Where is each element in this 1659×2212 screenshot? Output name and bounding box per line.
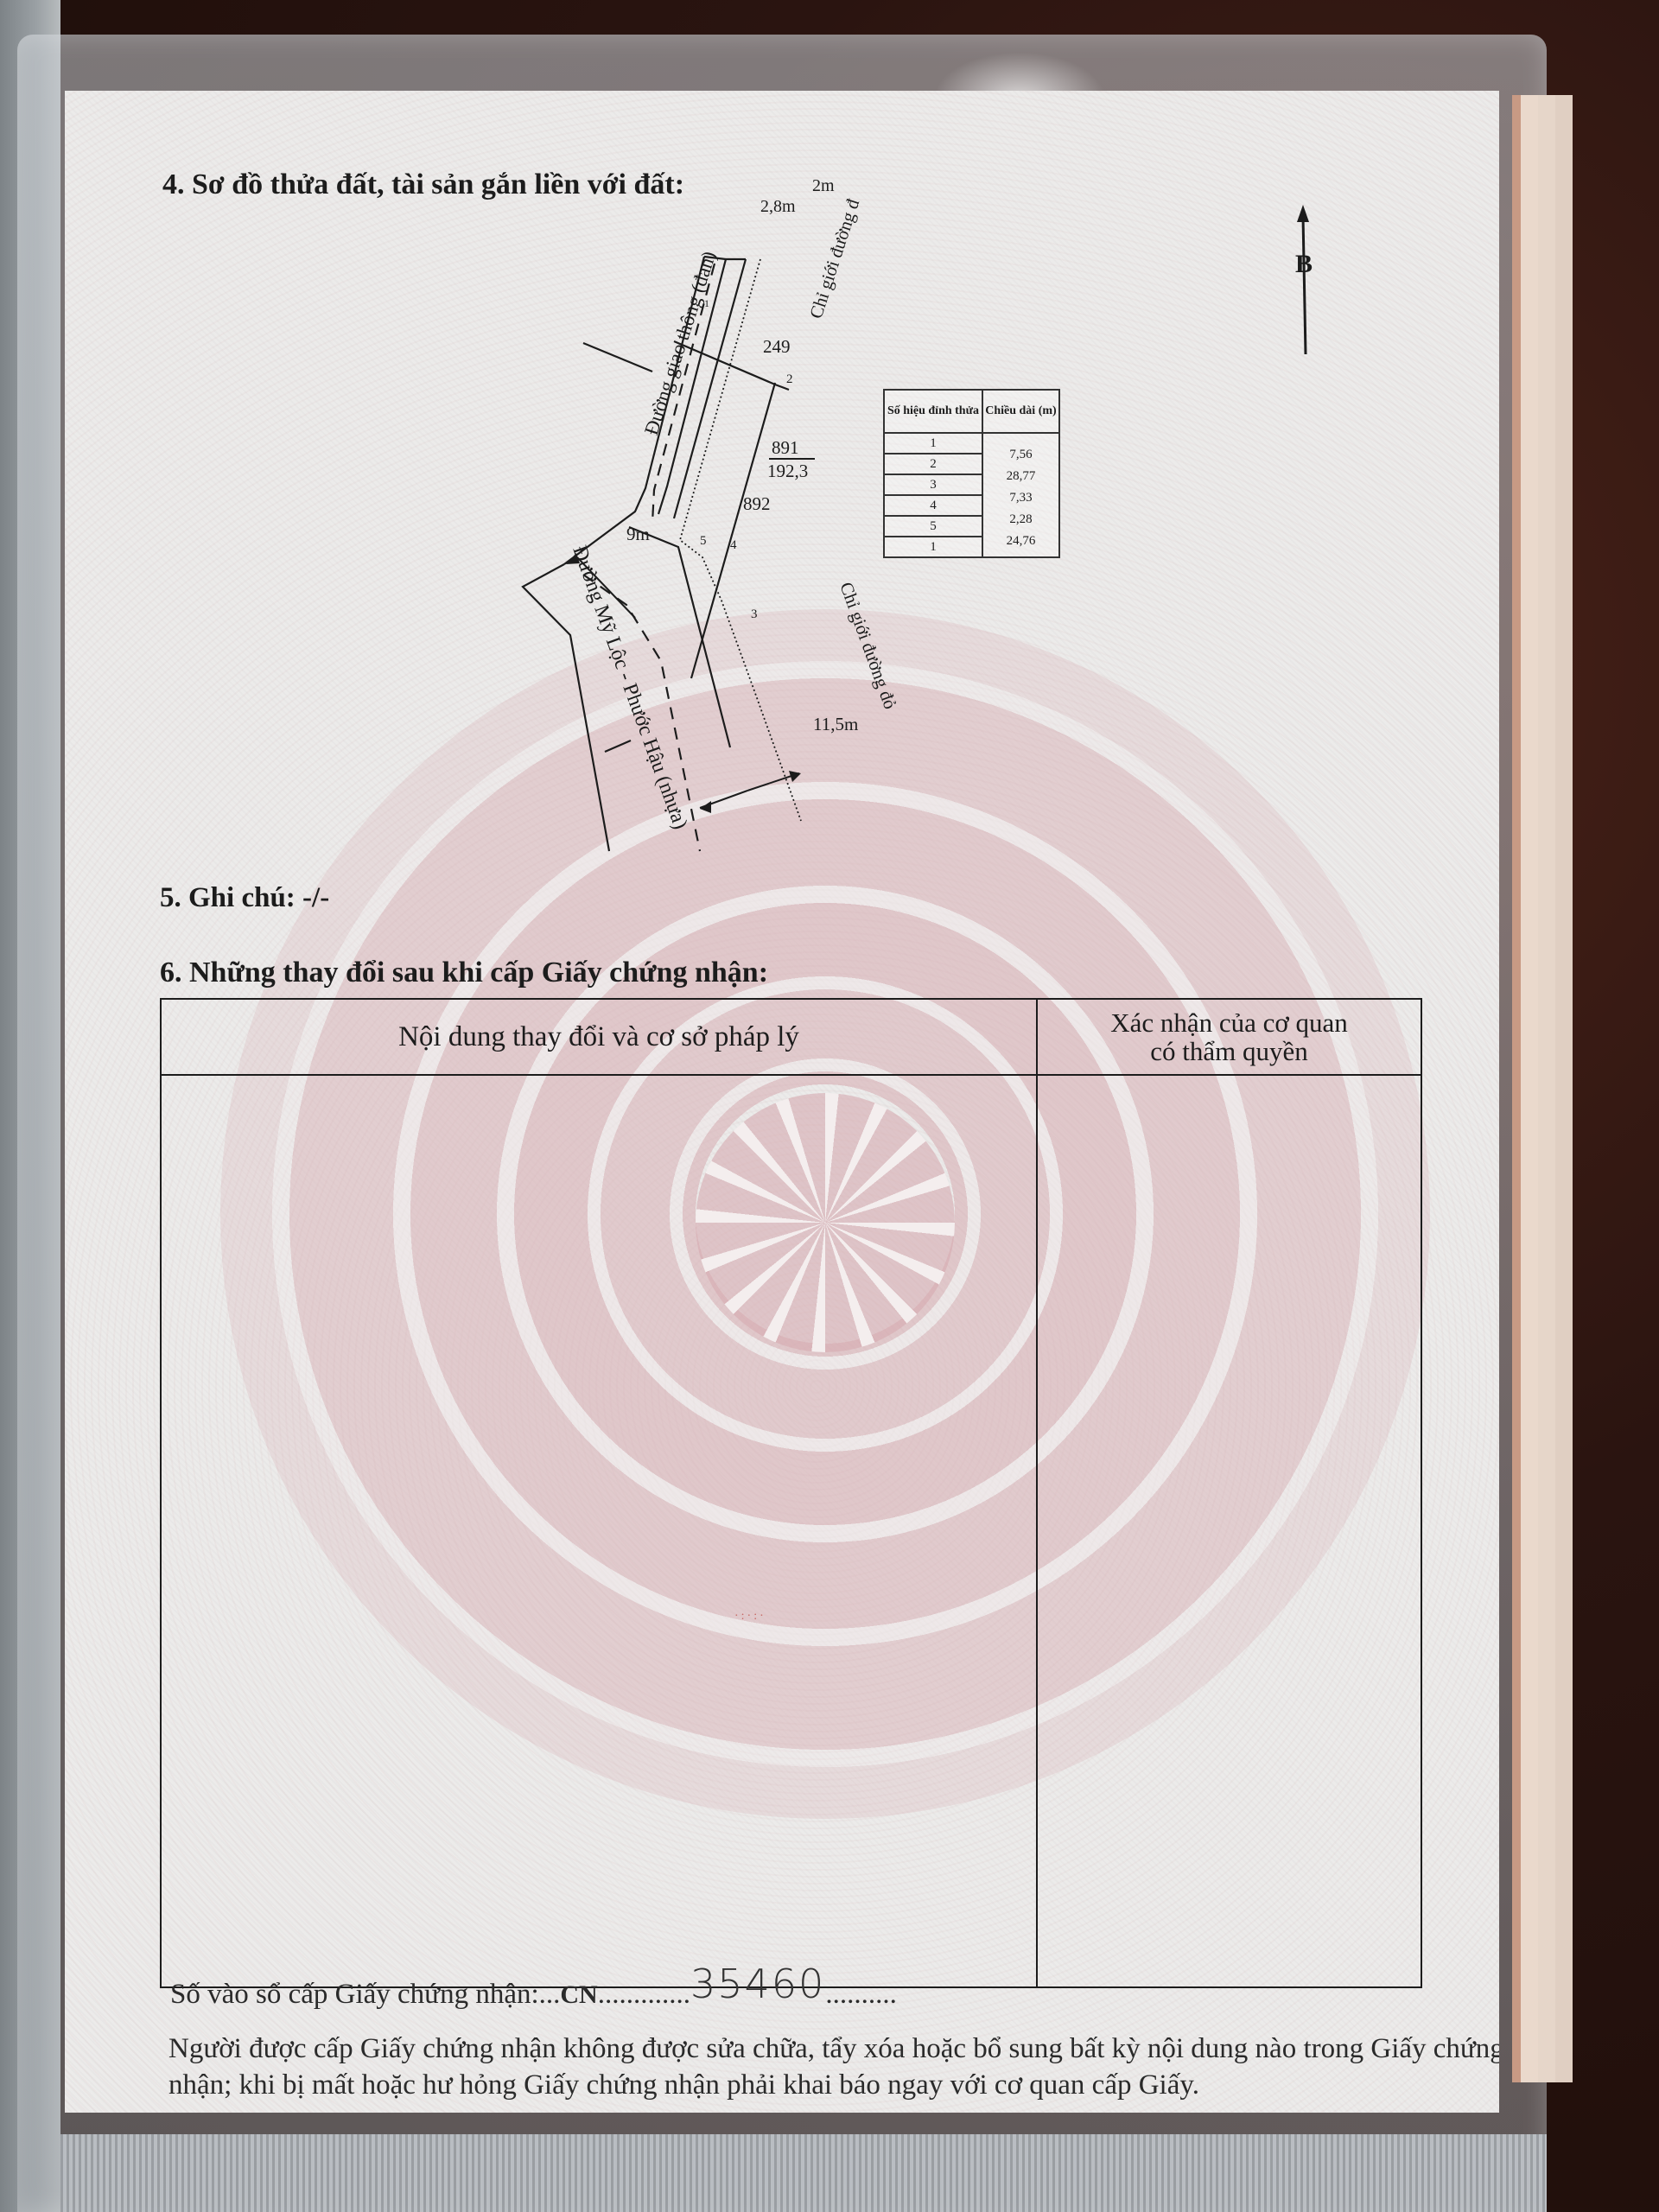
length-values: 7,56 28,77 7,33 2,28 24,76 bbox=[982, 433, 1059, 557]
road-bottom-label: Đường Mỹ Lộc - Phước Hậu (nhựa) bbox=[568, 543, 691, 832]
length-header: Chiều dài (m) bbox=[982, 390, 1059, 433]
dots: .......... bbox=[825, 1979, 897, 2010]
sleeve-bottom-seal bbox=[60, 2134, 1547, 2212]
north-label: B bbox=[1295, 250, 1313, 278]
registration-number-handwritten: 35460 bbox=[690, 1961, 825, 2007]
dim-top-right: 2m bbox=[812, 176, 835, 195]
vertex-cell: 1 bbox=[884, 433, 982, 454]
dots: ... bbox=[539, 1979, 561, 2010]
dim-top-left: 2,8m bbox=[760, 197, 796, 216]
vertex-cell: 1 bbox=[884, 537, 982, 557]
north-arrow-icon: B bbox=[1295, 205, 1313, 354]
certificate-page: 4. Sơ đồ thửa đất, tài sản gắn liền với … bbox=[65, 91, 1499, 2113]
registration-prefix: CN bbox=[560, 1980, 597, 2009]
vertex-header: Số hiệu đỉnh thửa bbox=[884, 390, 982, 433]
boundary-top-label: Chỉ giới đường đ bbox=[805, 196, 863, 321]
section-6-title: 6. Những thay đổi sau khi cấp Giấy chứng… bbox=[160, 957, 768, 989]
changes-table: Nội dung thay đổi và cơ sở pháp lý Xác n… bbox=[160, 998, 1422, 1988]
vertex-cell: 4 bbox=[884, 495, 982, 516]
neighbor-249-label: 249 bbox=[763, 336, 791, 357]
parcel-area: 192,3 bbox=[767, 461, 808, 481]
parcel-892-label: 892 bbox=[743, 493, 771, 514]
vertex-3-label: 3 bbox=[751, 607, 758, 621]
vertex-cell: 3 bbox=[884, 474, 982, 495]
authority-header-line2: có thẩm quyền bbox=[1150, 1037, 1308, 1065]
authority-confirmation-header: Xác nhận của cơ quan có thẩm quyền bbox=[1038, 1000, 1421, 1074]
vertex-cell: 5 bbox=[884, 516, 982, 537]
road-left-label: Đường giao thông (đan) bbox=[640, 249, 720, 438]
vertex-2-label: 2 bbox=[786, 372, 793, 386]
boundary-bottom-label: Chỉ giới đường đỏ bbox=[836, 580, 900, 712]
page-stack-edge bbox=[1512, 95, 1573, 2082]
length-value: 7,56 bbox=[983, 444, 1058, 466]
registration-number-line: Số vào sổ cấp Giấy chứng nhận:...CN.....… bbox=[170, 1966, 897, 2012]
dots: ............. bbox=[598, 1979, 690, 2010]
header-divider bbox=[162, 1074, 1421, 1076]
length-value: 24,76 bbox=[983, 531, 1058, 552]
length-value: 7,33 bbox=[983, 487, 1058, 509]
registration-label: Số vào sổ cấp Giấy chứng nhận: bbox=[170, 1979, 539, 2010]
edge-length-table: Số hiệu đỉnh thửa Chiều dài (m) 1 7,56 2… bbox=[883, 389, 1060, 558]
stray-red-marks: ·:·:· bbox=[734, 1610, 766, 1624]
length-value: 28,77 bbox=[983, 466, 1058, 487]
dim-left: 9m bbox=[626, 524, 650, 544]
vertex-5-label: 5 bbox=[700, 534, 707, 548]
authority-header-line1: Xác nhận của cơ quan bbox=[1110, 1008, 1348, 1037]
changes-content-header: Nội dung thay đổi và cơ sở pháp lý bbox=[162, 1000, 1036, 1074]
length-value: 2,28 bbox=[983, 509, 1058, 531]
warning-notice: Người được cấp Giấy chứng nhận không đượ… bbox=[168, 2031, 1499, 2103]
vertex-4-label: 4 bbox=[730, 538, 737, 552]
vertex-cell: 2 bbox=[884, 454, 982, 474]
parcel-number: 891 bbox=[772, 437, 799, 458]
column-divider bbox=[1036, 1000, 1038, 1986]
section-5-title: 5. Ghi chú: -/- bbox=[160, 882, 329, 914]
land-plot-diagram: B bbox=[65, 91, 1499, 955]
dim-bottom: 11,5m bbox=[813, 714, 858, 734]
